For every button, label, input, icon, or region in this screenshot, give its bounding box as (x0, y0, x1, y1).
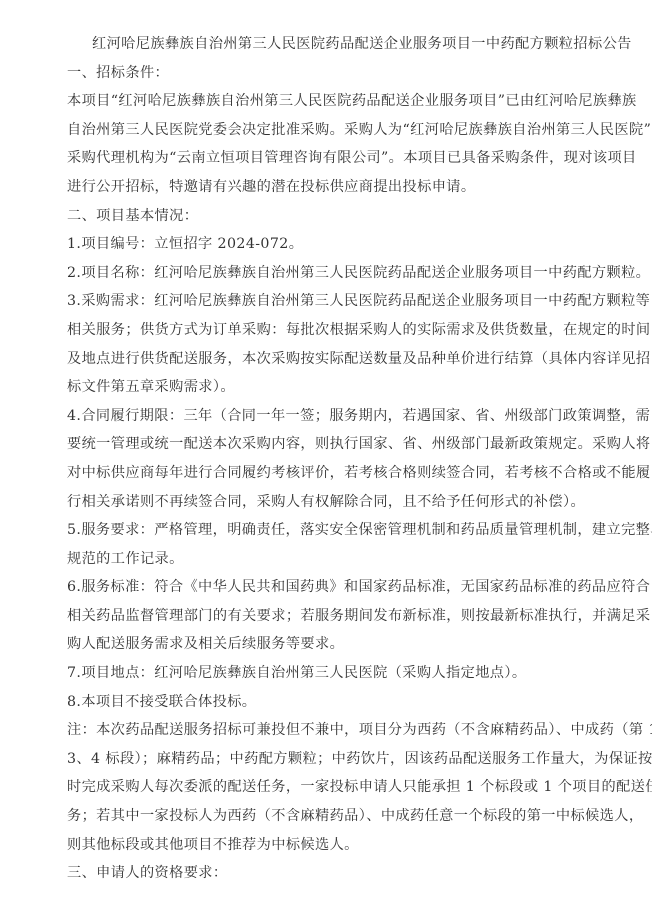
section-heading-project-info: 二、项目基本情况： (67, 202, 567, 231)
paragraph-line: 自治州第三人民医院党委会决定批准采购。采购人为“红河哈尼族彝族自治州第三人民医院… (67, 116, 567, 145)
item-project-name: 2.项目名称：红河哈尼族彝族自治州第三人民医院药品配送企业服务项目一中药配方颗粒… (67, 259, 567, 288)
section-heading-qualifications: 三、申请人的资格要求： (67, 859, 567, 888)
section-heading-bidding-conditions: 一、招标条件： (67, 59, 567, 88)
paragraph-line: 进行公开招标，特邀请有兴趣的潜在投标供应商提出投标申请。 (67, 173, 567, 202)
paragraph-line: 规范的工作记录。 (67, 545, 567, 574)
paragraph-line: 对中标供应商每年进行合同履约考核评价，若考核合格则续签合同，若考核不合格或不能履 (67, 459, 567, 488)
paragraph-line: 标文件第五章采购需求）。 (67, 373, 567, 402)
paragraph-line: 则其他标段或其他项目不推荐为中标候选人。 (67, 831, 567, 860)
document-page: 红河哈尼族彝族自治州第三人民医院药品配送企业服务项目一中药配方颗粒招标公告 一、… (67, 30, 567, 888)
item-project-number: 1.项目编号：立恒招字 2024-072。 (67, 230, 567, 259)
paragraph-line: 要统一管理或统一配送本次采购内容，则执行国家、省、州级部门最新政策规定。采购人将 (67, 430, 567, 459)
paragraph-line: 3、4 标段）；麻精药品；中药配方颗粒；中药饮片，因该药品配送服务工作量大，为保… (67, 745, 567, 774)
paragraph-line: 时完成采购人每次委派的配送任务，一家投标申请人只能承担 1 个标段或 1 个项目… (67, 773, 567, 802)
paragraph-line: 行相关承诺则不再续签合同，采购人有权解除合同，且不给予任何形式的补偿）。 (67, 488, 567, 517)
paragraph-line: 购人配送服务需求及相关后续服务等要求。 (67, 630, 567, 659)
item-contract-period: 4.合同履行期限：三年（合同一年一签；服务期内，若遇国家、省、州级部门政策调整，… (67, 402, 567, 431)
paragraph-line: 及地点进行供货配送服务，本次采购按实际配送数量及品种单价进行结算（具体内容详见招 (67, 345, 567, 374)
paragraph-line: 务；若其中一家投标人为西药（不含麻精药品）、中成药任意一个标段的第一中标候选人， (67, 802, 567, 831)
item-procurement-needs: 3.采购需求：红河哈尼族彝族自治州第三人民医院药品配送企业服务项目一中药配方颗粒… (67, 287, 567, 316)
document-title: 红河哈尼族彝族自治州第三人民医院药品配送企业服务项目一中药配方颗粒招标公告 (67, 30, 567, 59)
item-service-standards: 6.服务标准：符合《中华人民共和国药典》和国家药品标准，无国家药品标准的药品应符… (67, 573, 567, 602)
item-service-requirements: 5.服务要求：严格管理，明确责任，落实安全保密管理机制和药品质量管理机制，建立完… (67, 516, 567, 545)
paragraph-line: 采购代理机构为“云南立恒项目管理咨询有限公司”。本项目已具备采购条件，现对该项目 (67, 144, 567, 173)
item-no-consortium: 8.本项目不接受联合体投标。 (67, 688, 567, 717)
paragraph-line: 本项目“红河哈尼族彝族自治州第三人民医院药品配送企业服务项目”已由红河哈尼族彝族 (67, 87, 567, 116)
item-project-location: 7.项目地点：红河哈尼族彝族自治州第三人民医院（采购人指定地点）。 (67, 659, 567, 688)
paragraph-line: 相关药品监督管理部门的有关要求；若服务期间发布新标准，则按最新标准执行，并满足采 (67, 602, 567, 631)
paragraph-line: 相关服务；供货方式为订单采购：每批次根据采购人的实际需求及供货数量，在规定的时间 (67, 316, 567, 345)
note-paragraph: 注：本次药品配送服务招标可兼投但不兼中，项目分为西药（不含麻精药品）、中成药（第… (67, 716, 567, 745)
